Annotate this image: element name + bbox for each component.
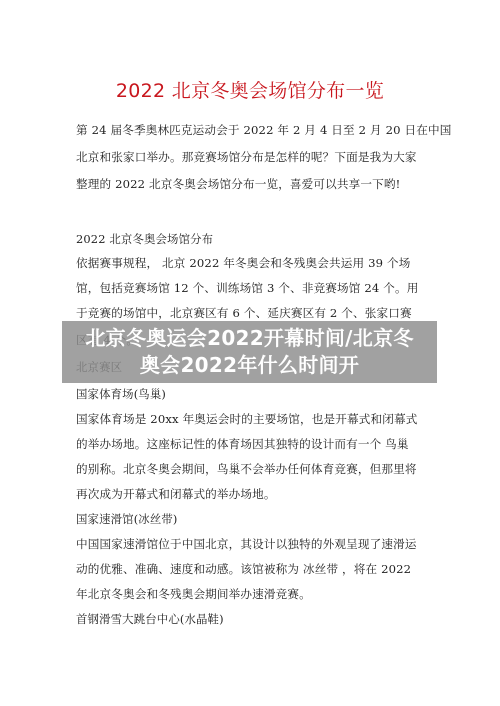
venue-line: 年北京冬奥会和冬残奥会期间举办速滑竞赛。 [76,586,426,602]
title-overlay-banner: 北京冬奥运会2022开幕时间/北京冬 奥会2022年什么时间开 [62,321,437,383]
section-line-1: 依据赛事规程， 北京 2022 年冬奥会和冬残奥会共运用 39 个场 [76,255,426,271]
intro-line-1: 第 24 届冬季奥林匹克运动会于 2022 年 2 月 4 日至 2 月 20 … [76,122,426,138]
intro-line-2: 北京和张家口举办。那竞赛场馆分布是怎样的呢？下面是我为大家 [76,149,426,165]
section-line-2: 馆，包括竞赛场馆 12 个、训练场馆 3 个、非竞赛场馆 24 个。用 [76,280,426,296]
venue-line: 国家体育场是 20xx 年奥运会时的主要场馆，也是开幕式和闭幕式 [76,411,426,427]
document-title: 2022 北京冬奥会场馆分布一览 [0,79,500,103]
venue-line: 再次成为开幕式和闭幕式的举办场地。 [76,486,426,502]
overlay-title-line-2: 奥会2022年什么时间开 [140,352,359,379]
section-heading: 2022 北京冬奥会场馆分布 [76,231,426,247]
section-line-3: 于竞赛的场馆中，北京赛区有 6 个、延庆赛区有 2 个、张家口赛 [76,305,426,321]
venue-heading-speed-skating-oval: 国家速滑馆(冰丝带) [76,511,426,527]
intro-line-3: 整理的 2022 北京冬奥会场馆分布一览，喜爱可以共享一下哟! [76,176,426,192]
venue-heading-big-air-shougang: 首钢滑雪大跳台中心(水晶鞋) [76,611,426,627]
venue-line: 动的优雅、准确、速度和动感。该馆被称为 冰丝带 ，将在 2022 [76,561,426,577]
venue-line: 中国国家速滑馆位于中国北京，其设计以独特的外观呈现了速滑运 [76,536,426,552]
venue-heading-national-stadium: 国家体育场(鸟巢) [76,386,426,402]
venue-line: 的举办场地。这座标记性的体育场因其独特的设计而有一个 鸟巢 [76,436,426,452]
overlay-title-line-1: 北京冬奥运会2022开幕时间/北京冬 [85,325,413,352]
venue-line: 的别称。北京冬奥会期间，鸟巢不会举办任何体育竞赛，但那里将 [76,461,426,477]
